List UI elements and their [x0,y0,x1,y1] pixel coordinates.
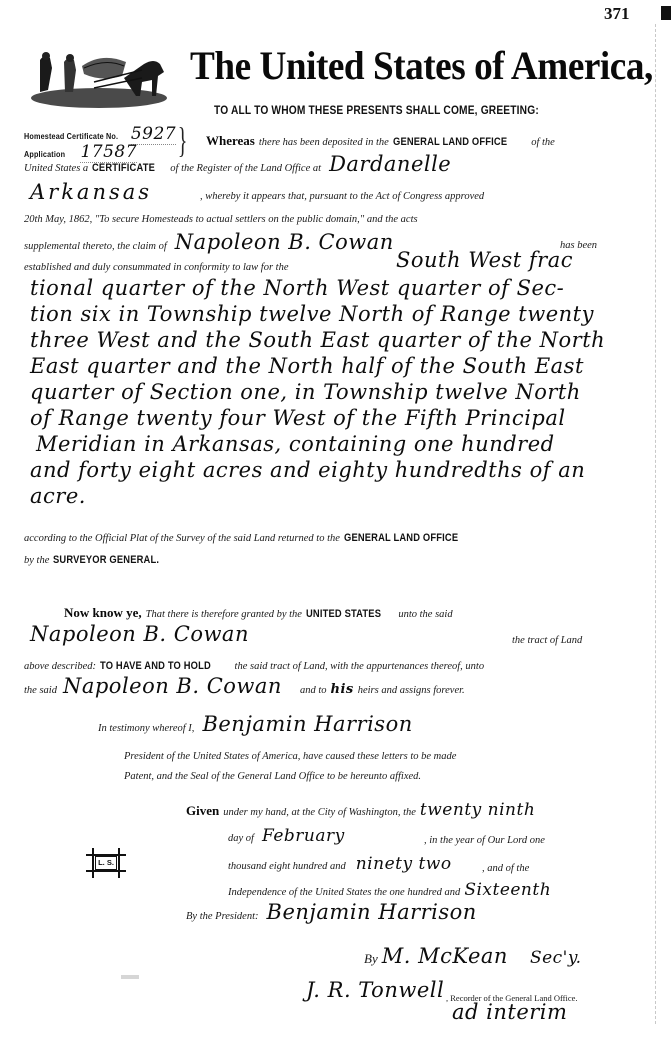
recorder-ad-interim: ad interim [452,1000,567,1024]
certificate-caps: CERTIFICATE [92,162,155,174]
farm-vignette-illustration [24,48,174,112]
given-year: ninety two [356,854,452,874]
legal-description-line-6: quarter of Section one, in Township twel… [30,380,581,404]
legal-description-line-8: Meridian in Arkansas, containing one hun… [36,432,555,456]
secretary-signature: M. McKean [382,944,508,968]
homestead-certificate-number: 5927 [131,124,176,145]
legal-description-line-9: and forty eight acres and eighty hundred… [30,458,585,482]
grant-text-1b: unto the said [398,609,452,620]
president-signature: Benjamin Harrison [267,900,477,924]
given-day: twenty ninth [420,800,535,820]
whereas-text-4: 20th May, 1862, "To secure Homesteads to… [24,214,418,225]
seal-label: L. S. [95,856,117,870]
testimony-line-2: President of the United States of Americ… [124,746,456,764]
binding-edge-line [655,24,657,1024]
grant-text-2b: the tract of Land [512,635,582,646]
general-land-office-caps-2: GENERAL LAND OFFICE [344,532,458,544]
farmers-plowing-icon [24,48,174,112]
given-text-3b: , and of the [482,863,529,874]
grant-line-4: the said Napoleon B. Cowan and to his he… [24,674,465,698]
given-text-1a: under my hand, at the City of Washington… [223,807,416,818]
recorder-signature: J. R. Tonwell [306,978,444,1002]
whereas-text-3b: , whereby it appears that, pursuant to t… [200,191,484,202]
given-text-4a: Independence of the United States the on… [228,887,460,898]
given-lead: Given [186,803,219,818]
plat-line-2: by the SURVEYOR GENERAL. [24,550,178,568]
to-have-and-to-hold-caps: TO HAVE AND TO HOLD [100,660,211,672]
whereas-line-1: Whereas there has been deposited in the … [206,132,555,150]
legal-description-line-7: of Range twenty four West of the Fifth P… [30,406,566,430]
grant-text-3b: the said tract of Land, with the appurte… [235,661,485,672]
whereas-text-2b: of the Register of the Land Office at [170,163,321,174]
whereas-text-1b: of the [531,137,555,148]
legal-description-line-5: East quarter and the North half of the S… [30,354,584,378]
whereas-line-3b: , whereby it appears that, pursuant to t… [200,186,484,204]
testimony-text-1a: In testimony whereof I, [98,723,194,734]
homestead-certificate-label: Homestead Certificate No. [24,131,118,141]
grant-line-3: above described: TO HAVE AND TO HOLD the… [24,656,484,674]
by-the-president-label: By the President: [186,911,259,922]
legal-description-line-3: tion six in Township twelve North of Ran… [30,302,594,326]
whereas-line-4: 20th May, 1862, "To secure Homesteads to… [24,209,418,227]
page-edge [661,0,671,1056]
legal-description-line-2: tional quarter of the North West quarter… [30,276,564,300]
grant-text-4b: and to [300,685,327,696]
given-line-1: Given under my hand, at the City of Wash… [186,800,535,820]
grant-text-4c: heirs and assigns forever. [358,685,465,696]
whereas-line-3: Arkansas [30,180,152,204]
given-line-3: thousand eight hundred and ninety two [228,854,452,874]
given-text-3a: thousand eight hundred and [228,861,346,872]
whereas-line-2: United States a CERTIFICATE of the Regis… [24,152,451,176]
given-text-2a: day of [228,833,254,844]
whereas-text-5a: supplemental thereto, the claim of [24,241,167,252]
locus-sigilli-seal: L. S. [86,848,126,878]
plat-line-1: according to the Official Plat of the Su… [24,528,478,546]
whereas-line-5: supplemental thereto, the claim of Napol… [24,230,394,254]
plat-text-1a: according to the Official Plat of the Su… [24,533,340,544]
general-land-office-caps: GENERAL LAND OFFICE [393,136,507,148]
surveyor-general-caps: SURVEYOR GENERAL. [53,554,159,566]
given-line-3b: , and of the [482,858,529,876]
whereas-line-6: established and duly consummated in conf… [24,257,289,275]
edge-tab-marker [661,6,671,20]
by-the-president-row: By the President: Benjamin Harrison [186,900,477,924]
independence-year: Sixteenth [464,880,551,900]
claimant-name: Napoleon B. Cowan [175,230,394,254]
given-text-2b: , in the year of Our Lord one [424,835,545,846]
legal-description-line-1: South West frac [396,248,573,272]
land-office-city: Dardanelle [329,152,451,176]
faint-stamp-mark [121,975,139,979]
testimony-text-3: Patent, and the Seal of the General Land… [124,771,421,782]
plat-text-2a: by the [24,555,49,566]
secretary-row: By M. McKean Sec'y. [364,944,582,968]
given-line-2: day of February [228,826,345,846]
secretary-prefix: By [364,951,378,966]
legal-description-line-10: acre. [30,484,86,508]
grantee-pronoun: his [331,682,354,697]
grant-line-2b: the tract of Land [512,630,582,648]
testimony-line-1: In testimony whereof I, Benjamin Harriso… [98,712,413,736]
testimony-line-3: Patent, and the Seal of the General Land… [124,766,421,784]
greeting-line: TO ALL TO WHOM THESE PRESENTS SHALL COME… [214,101,596,119]
grantee-name-repeat: Napoleon B. Cowan [63,674,282,698]
grant-text-3a: above described: [24,661,96,672]
land-office-state: Arkansas [30,180,152,204]
grant-text-1a: That there is therefore granted by the [146,609,302,620]
document-title: The United States of America, [190,42,653,89]
secretary-suffix: Sec'y. [530,948,582,968]
whereas-text-1a: there has been deposited in the [259,137,389,148]
grantee-name: Napoleon B. Cowan [30,622,249,646]
page-number: 371 [604,4,630,24]
legal-description-line-4: three West and the South East quarter of… [30,328,605,352]
given-month: February [262,826,345,846]
united-states-caps: UNITED STATES [306,608,381,620]
whereas-text-2a: United States a [24,163,88,174]
greeting-text: TO ALL TO WHOM THESE PRESENTS SHALL COME… [214,103,539,117]
grant-text-4a: the said [24,685,57,696]
grant-line-1: Now know ye, That there is therefore gra… [64,604,453,622]
whereas-lead: Whereas [206,133,255,148]
given-line-2b: , in the year of Our Lord one [424,830,545,848]
testimony-text-2: President of the United States of Americ… [124,751,456,762]
whereas-text-6a: established and duly consummated in conf… [24,262,289,273]
homestead-certificate-row: Homestead Certificate No. 5927 [24,124,176,144]
given-line-4: Independence of the United States the on… [228,880,551,900]
now-know-ye-lead: Now know ye, [64,605,142,620]
president-name: Benjamin Harrison [202,712,412,736]
